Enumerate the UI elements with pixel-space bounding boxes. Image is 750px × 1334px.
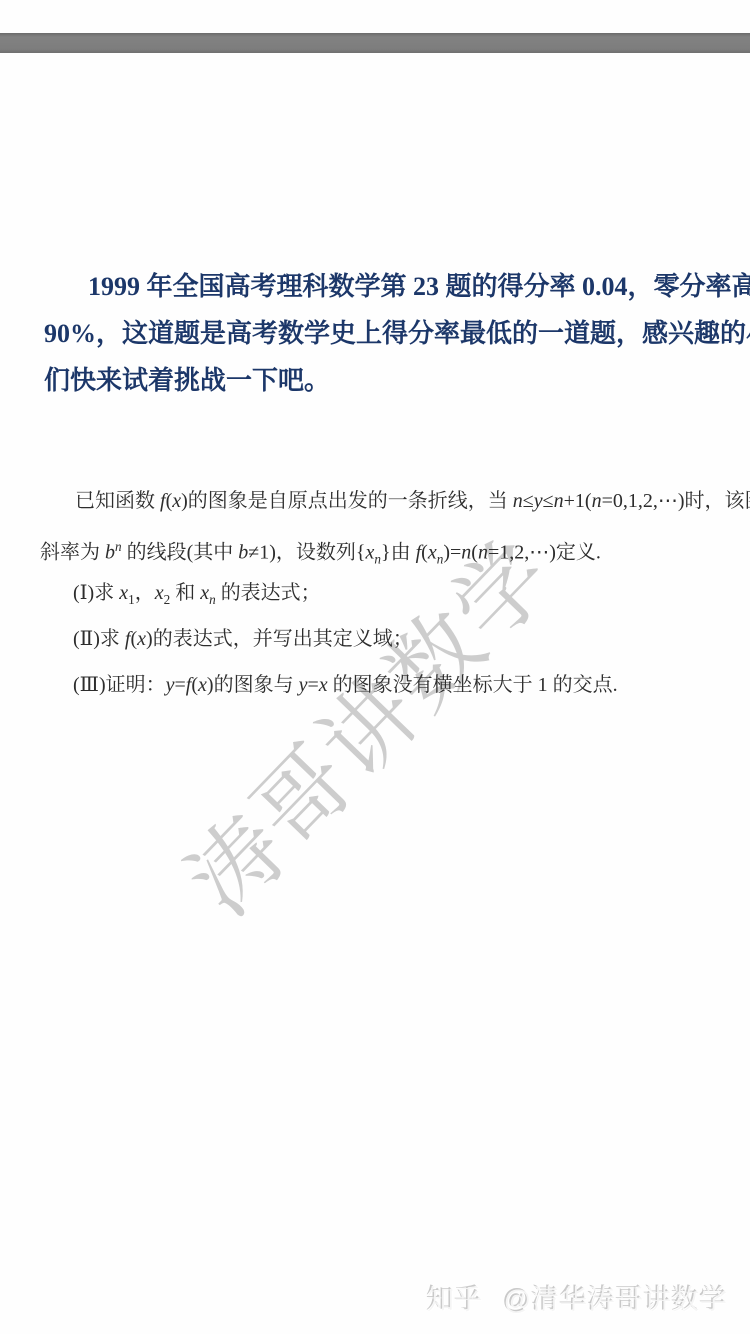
status-bar [0, 33, 750, 53]
intro-line-3: 们快来试着挑战一下吧。 [44, 357, 710, 404]
zhihu-brand-text: 知乎 [427, 1285, 483, 1315]
zhihu-watermark: 知乎 @清华涛哥讲数学 [427, 1285, 728, 1315]
intro-line-2: 90%，这道题是高考数学史上得分率最低的一道题，感兴趣的小伙伴 [44, 310, 710, 357]
intro-paragraph: 1999 年全国高考理科数学第 23 题的得分率 0.04，零分率高达 90%，… [44, 263, 710, 404]
problem-part-3: (Ⅲ)证明：y=f(x)的图象与 y=x 的图象没有横坐标大于 1 的交点. [40, 662, 718, 708]
zhihu-handle-text: @清华涛哥讲数学 [504, 1285, 728, 1315]
problem-statement: 已知函数 f(x)的图象是自原点出发的一条折线，当 n≤y≤n+1(n=0,1,… [40, 478, 718, 708]
screenshot-root: 1999 年全国高考理科数学第 23 题的得分率 0.04，零分率高达 90%，… [0, 0, 750, 1334]
intro-line-1: 1999 年全国高考理科数学第 23 题的得分率 0.04，零分率高达 [44, 263, 710, 310]
problem-line-2: 斜率为 bn 的线段(其中 b≠1)，设数列{xn}由 f(xn)=n(n=1,… [40, 524, 718, 570]
problem-part-1: (Ⅰ)求 x1，x2 和 xn 的表达式； [40, 570, 718, 616]
problem-part-2: (Ⅱ)求 f(x)的表达式，并写出其定义域； [40, 616, 718, 662]
problem-line-1: 已知函数 f(x)的图象是自原点出发的一条折线，当 n≤y≤n+1(n=0,1,… [40, 478, 718, 524]
